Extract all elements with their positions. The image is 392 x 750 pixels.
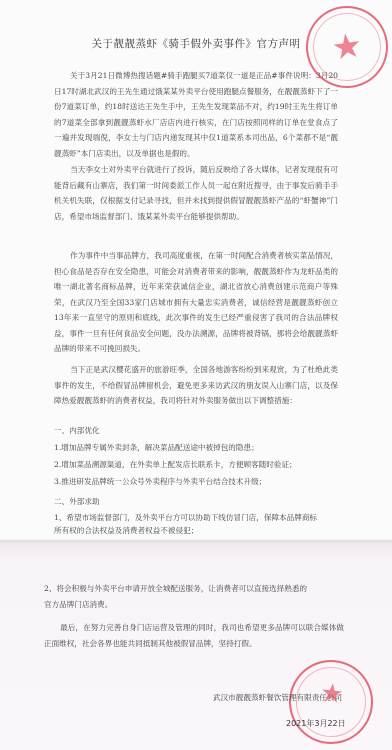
external-item-1-line2: 所有权的合法权益及消费者权益不被侵犯；	[54, 524, 344, 538]
internal-item-3: 3.推进研发品牌统一公众号外卖程序与外卖平台结合技术升级；	[54, 475, 344, 489]
external-item-1-line1: 1、希望市场监督部门，及外卖平台方可以协助下线仿冒门店，保障本品牌商标	[54, 511, 344, 525]
paragraph-complaint: 当天李女士对外卖平台就进行了投诉，随后反映给了各大媒体，记者发现很有可能背后藏有…	[54, 162, 338, 224]
paragraph-intro: 关于3月21日微博热搜话题#骑手跑腿买7道菜仅一道是正品#事件说明：3月20日1…	[54, 68, 338, 161]
section-internal-heading: 一、内部优化	[54, 424, 344, 438]
paragraph-measures-intro-text: 当下正是武汉樱花盛开的旅游旺季，全国各地游客纷纷到来观赏，为了杜绝此类事件的发生…	[54, 365, 338, 405]
paragraph-measures-intro: 当下正是武汉樱花盛开的旅游旺季，全国各地游客纷纷到来观赏，为了杜绝此类事件的发生…	[54, 362, 338, 409]
paragraph-intro-text: 关于3月21日微博热搜话题#骑手跑腿买7道菜仅一道是正品#事件说明：3月20日1…	[54, 71, 338, 158]
internal-item-1: 1.增加品牌专属外卖封条，解决菜品配送途中被掉包的隐患；	[54, 441, 344, 455]
company-signature: 武汉市靓靓蒸虾餐饮管理有限责任公司	[213, 692, 342, 703]
section-external-heading: 二、外部求助	[54, 495, 344, 509]
paragraph-brand-stance: 作为事件中当事品牌方，我司高度重视，在第一时间配合消费者核实菜品情况，担心食品是…	[54, 248, 338, 357]
paper-fold	[0, 538, 392, 542]
paragraph-complaint-text: 当天李女士对外卖平台就进行了投诉，随后反映给了各大媒体，记者发现很有可能背后藏有…	[54, 165, 338, 221]
external-item-2-line1: 2、将会积极与外卖平台申请开放全城配送服务，让消费者可以直接选择熟悉的	[44, 582, 334, 596]
paragraph-closing: 最后，在努力完善自身门店运营及管理的同时，我司也希望更多品牌可以联合媒体做正面维…	[44, 620, 344, 651]
paragraph-closing-text: 最后，在努力完善自身门店运营及管理的同时，我司也希望更多品牌可以联合媒体做正面维…	[44, 623, 344, 648]
external-item-2-line2: 官方品牌门店消费。	[44, 598, 334, 612]
paragraph-brand-stance-text: 作为事件中当事品牌方，我司高度重视，在第一时间配合消费者核实菜品情况，担心食品是…	[54, 251, 338, 353]
star-icon: ★	[329, 25, 365, 69]
internal-item-2: 2.增加菜品溯源渠道，在外卖单上配发店长联系卡，方便顾客随时验证；	[54, 458, 344, 472]
document-date: 2021年3月22日	[286, 718, 346, 729]
